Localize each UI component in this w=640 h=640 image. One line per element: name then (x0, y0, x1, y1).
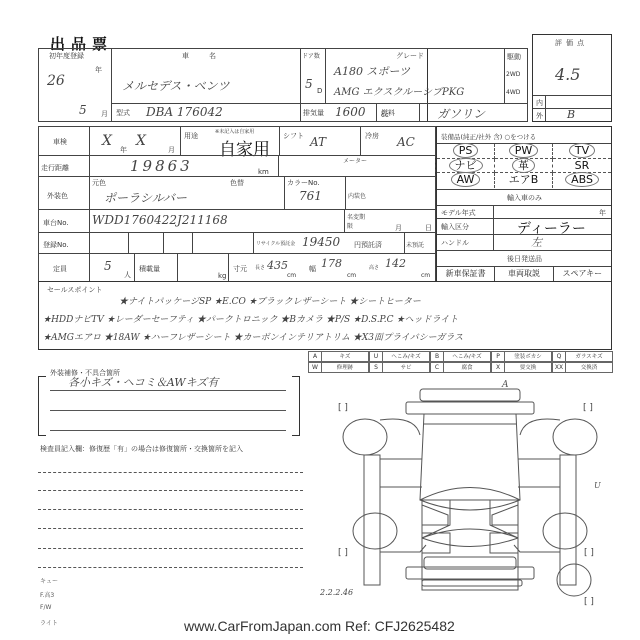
width-label: 幅 (309, 264, 316, 274)
usage-note: ※未記入は自家用 (215, 128, 254, 135)
model-type: DBA 176042 (146, 105, 223, 119)
equipment-ナビ: ナビ (437, 159, 495, 174)
chassis-cell: WDD1760422J211168 (89, 209, 345, 233)
load-label: 積載量 (139, 264, 160, 274)
first-reg-cell: 初年度登録 26 年 5 月 (38, 48, 112, 122)
mileage-cell: 19863 km (89, 155, 279, 177)
import-type: ディーラー (517, 218, 586, 238)
year-unit: 年 (95, 65, 102, 75)
first-reg-month: 5 (79, 103, 87, 117)
legend-code: Q (552, 351, 566, 362)
recycle-fee: 19450 (302, 235, 340, 249)
drive-label: 駆動 (507, 52, 521, 62)
score: 4.5 (555, 65, 580, 84)
doors-cell: ドア数 5 D (300, 48, 326, 104)
inspection-label: 車検 (53, 137, 67, 147)
inspection-year: X (102, 133, 112, 149)
dimensions-cell: 寸元 長さ 435 cm 幅 178 cm 高さ 142 cm (228, 253, 436, 282)
inspection-cell: X 年 X 月 (89, 126, 181, 156)
equipment-aw: AW (437, 173, 495, 188)
meter-label: メーター (343, 156, 367, 165)
shift-label: シフト (283, 131, 304, 141)
name-change-label: 名変期限 (347, 212, 367, 230)
length-label: 長さ (255, 264, 265, 271)
equipment-table: 装備品(純正/社外 含) ○をつける PSPWTVナビ革SRAWエアBABS 輸… (436, 126, 612, 282)
equipment-header: 装備品(純正/社外 含) ○をつける (441, 132, 536, 141)
capacity-label: 定員 (53, 264, 67, 274)
watermark: www.CarFromJapan.com Ref: CFJ2625482 (184, 618, 455, 634)
legend-code: W (308, 362, 322, 373)
color-cell: 元色 色替 ポーラシルバー (89, 176, 285, 210)
later-item: 新車保証書 (437, 267, 495, 281)
svg-text:[ ]: [ ] (583, 403, 593, 413)
legend-code: B (430, 351, 444, 362)
legend-code: P (491, 351, 505, 362)
bottom-label: ライト (40, 618, 58, 627)
orig-color-label: 元色 (92, 178, 106, 188)
legend-meaning: 修理跡 (321, 362, 369, 373)
car-name: メルセデス・ベンツ (122, 77, 230, 94)
mileage-label: 走行距離 (41, 163, 69, 173)
grade-line2: AMG エクスクルーシブPKG (334, 83, 464, 98)
equipment-エアb: エアB (495, 173, 553, 188)
bottom-label: F.高3 (40, 590, 54, 599)
equipment-abs: ABS (553, 173, 611, 188)
mileage-unit: km (258, 168, 269, 176)
legend-code: U (369, 351, 383, 362)
first-reg-year: 26 (47, 73, 65, 89)
doors-unit: D (317, 87, 322, 95)
equipment-革: 革 (495, 159, 553, 174)
inspector-label: 検査員記入欄：修復歴「有」の場合は修復箇所・交換箇所を記入 (40, 444, 243, 454)
legend-meaning: へこみ/キズ (443, 351, 491, 362)
legend-meaning: へこみ/キズ (382, 351, 430, 362)
exterior-color: ポーラシルバー (104, 189, 187, 206)
legend-meaning: サビ (382, 362, 430, 373)
legend-code: X (491, 362, 505, 373)
svg-text:[ ]: [ ] (584, 548, 594, 558)
damage-mark-u: U (594, 481, 601, 490)
usage-label: 用途 (184, 131, 198, 141)
cm-unit: cm (421, 272, 430, 279)
legend-meaning: 要交換 (504, 362, 552, 373)
capacity: 5 (104, 259, 112, 273)
later-item: 車両取説 (495, 267, 553, 281)
fuel: ガソリン (437, 105, 485, 122)
equipment-pw: PW (495, 144, 553, 159)
legend-code: C (430, 362, 444, 373)
chassis-no: WDD1760422J211168 (92, 213, 228, 227)
equipment-ps: PS (437, 144, 495, 159)
sales-point-line: ★ナイトパッケージSP ★E.CO ★ブラックレザーシート ★シートヒーター (119, 294, 421, 307)
legend-meaning: 交換済 (565, 362, 613, 373)
bottom-label: キュー (40, 576, 58, 585)
later-item: スペアキー (554, 267, 611, 281)
displacement-label: 排気量 (303, 108, 324, 118)
grade-cell: グレード A180 スポーツ AMG エクスクルーシブPKG (325, 48, 505, 104)
month-unit: 月 (101, 109, 108, 119)
damage-mark-a: A (501, 380, 509, 390)
recycle-label: リサイクル預託金 (256, 240, 295, 247)
handle-label: ハンドル (441, 238, 469, 248)
score-label: 評価点 (555, 38, 588, 48)
drive-4wd: 4WD (506, 89, 520, 96)
cm-unit: cm (287, 272, 296, 279)
model-type-label: 型式 (116, 108, 130, 118)
svg-text:[ ]: [ ] (338, 548, 348, 558)
shift: AT (310, 135, 326, 149)
fuel-label: 燃料 (381, 108, 395, 118)
reg-label: 登録No. (43, 240, 69, 250)
recycle-cell: リサイクル預託金 19450 円預託済 (253, 232, 405, 254)
doors: 5 (305, 77, 313, 91)
month-unit: 月 (168, 145, 175, 155)
sales-points-box: セールスポイント ★ナイトパッケージSP ★E.CO ★ブラックレザーシート ★… (38, 281, 612, 350)
dims-label: 寸元 (233, 264, 247, 274)
svg-text:[ ]: [ ] (338, 403, 348, 413)
interior-color-label: 内装色 (348, 191, 366, 200)
cm-unit: cm (347, 272, 356, 279)
exterior-score: B (567, 108, 575, 121)
bottom-label: F/W (40, 604, 51, 611)
doors-label: ドア数 (302, 51, 320, 60)
legend-code: XX (552, 362, 566, 373)
exterior-label: 外 (536, 111, 543, 121)
later-items-list: 新車保証書車両取説スペアキー (437, 267, 611, 281)
model-type-cell: 型式 DBA 176042 (111, 103, 301, 122)
handle: 左 (531, 234, 542, 250)
car-name-cell: 車名 メルセデス・ベンツ (111, 48, 301, 104)
car-name-label: 車名 (182, 51, 236, 61)
legend-code: A (308, 351, 322, 362)
damage-legend: AキズUへこみ/キズBへこみ/キズP塗装ボカシQガラスキズW修理跡SサビC腐食X… (308, 351, 612, 373)
model-year-unit: 年 (599, 208, 606, 218)
later-items-label: 後日発送品 (507, 254, 542, 264)
height-label: 高さ (369, 264, 379, 271)
legend-meaning: 塗装ボカシ (504, 351, 552, 362)
ac-label: 冷房 (365, 131, 379, 141)
import-type-label: 輸入区分 (441, 222, 469, 232)
score-box: 評価点 4.5 内 外 B (532, 34, 612, 122)
capacity-unit: 人 (124, 270, 131, 280)
displacement: 1600 (335, 105, 366, 119)
recycle-paid: 円預託済 (354, 240, 382, 250)
color-change-label: 色替 (230, 178, 244, 188)
equipment-sr: SR (553, 159, 611, 174)
usage-cell: 用途 ※未記入は自家用 自家用 (180, 126, 280, 156)
legend-meaning: 腐食 (443, 362, 491, 373)
model-year-label: モデル年式 (441, 208, 476, 218)
diagram-date: 2.2.2.46 (320, 588, 353, 597)
equipment-grid: PSPWTVナビ革SRAWエアBABS (437, 144, 611, 188)
equipment-tv: TV (553, 144, 611, 159)
grade-line1: A180 スポーツ (334, 63, 410, 79)
chassis-label: 車台No. (43, 218, 69, 228)
grade-label: グレード (396, 51, 424, 61)
inspection-month: X (136, 133, 146, 149)
interior-label: 内 (536, 98, 543, 108)
width: 178 (321, 257, 342, 270)
length: 435 (267, 259, 288, 272)
recycle-unpaid: 未預託 (406, 240, 424, 249)
color-no: 761 (299, 189, 322, 203)
fuel-cell: 燃料 ガソリン (376, 103, 528, 122)
first-reg-label: 初年度登録 (49, 51, 84, 61)
sales-point-line: ★AMGエアロ ★18AW ★ハーフレザーシート ★カーボンインテリアトリム ★… (43, 330, 463, 343)
mileage: 19863 (130, 157, 193, 175)
color-no-label: カラーNo. (287, 178, 320, 188)
legend-meaning: キズ (321, 351, 369, 362)
year-unit: 年 (120, 145, 127, 155)
load-unit: kg (218, 272, 227, 280)
color-label: 外装色 (47, 191, 68, 201)
legend-code: S (369, 362, 383, 373)
svg-text:[ ]: [ ] (584, 597, 594, 607)
remarks-text: 各小キズ・ヘコミ＆AWキズ有 (68, 374, 218, 390)
legend-meaning: ガラスキズ (565, 351, 613, 362)
import-only-label: 輸入車のみ (507, 193, 542, 203)
sales-point-line: ★HDDナビTV ★レーダーセーフティ ★パークトロニック ★Bカメラ ★P/S… (43, 312, 458, 325)
sales-points-label: セールスポイント (47, 285, 102, 295)
height: 142 (385, 257, 406, 270)
drive-cell: 駆動 2WD 4WD (504, 48, 528, 104)
drive-2wd: 2WD (506, 71, 520, 78)
ac: AC (397, 135, 415, 149)
